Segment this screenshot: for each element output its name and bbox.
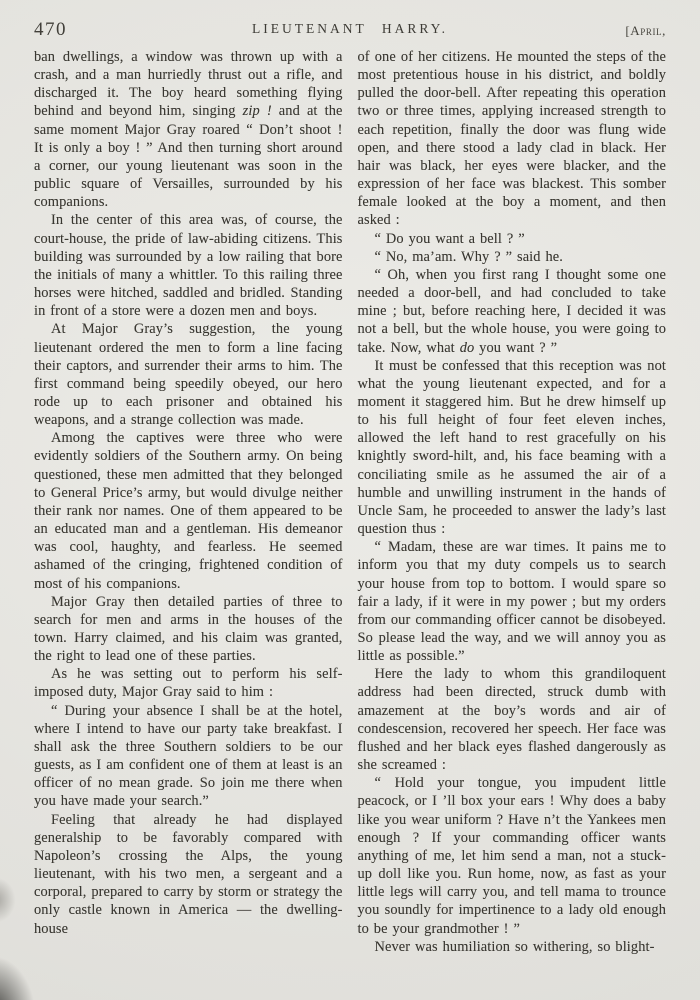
paragraph: of one of her citizens. He mounted the s…	[358, 48, 667, 230]
paragraph-text: you want ? ”	[474, 340, 557, 356]
paragraph-text: and at the same moment Major Gray roared…	[34, 103, 343, 210]
text-columns: ban dwellings, a window was thrown up wi…	[0, 46, 700, 956]
italic-word: do	[460, 340, 475, 356]
paragraph: As he was setting out to perform his sel…	[34, 665, 343, 701]
running-title: LIEUTENANT HARRY.	[0, 21, 700, 37]
magazine-page-scan: 470 LIEUTENANT HARRY. [April, ban dwelli…	[0, 0, 700, 1000]
paragraph: Here the lady to whom this grandiloquent…	[358, 665, 667, 774]
paragraph: Major Gray then detailed parties of thre…	[34, 593, 343, 666]
paragraph: At Major Gray’s suggestion, the young li…	[34, 320, 343, 429]
paragraph: “ Madam, these are war times. It pains m…	[358, 538, 667, 665]
paragraph: Never was humiliation so withering, so b…	[358, 938, 667, 956]
paragraph: It must be confessed that this reception…	[358, 357, 667, 539]
paragraph: Feeling that already he had displayed ge…	[34, 811, 343, 938]
paragraph: “ During your absence I shall be at the …	[34, 702, 343, 811]
paragraph: “ Oh, when you first rang I thought some…	[358, 266, 667, 357]
left-column: ban dwellings, a window was thrown up wi…	[34, 48, 343, 956]
paragraph: ban dwellings, a window was thrown up wi…	[34, 48, 343, 211]
right-column: of one of her citizens. He mounted the s…	[358, 48, 667, 956]
paragraph: In the center of this area was, of cours…	[34, 211, 343, 320]
italic-word: zip !	[243, 103, 272, 119]
paragraph: “ No, ma’am. Why ? ” said he.	[358, 248, 667, 266]
paragraph: “ Do you want a bell ? ”	[358, 230, 667, 248]
paragraph: “ Hold your tongue, you impudent little …	[358, 774, 667, 937]
page-header: 470 LIEUTENANT HARRY. [April,	[0, 0, 700, 46]
paragraph: Among the captives were three who were e…	[34, 429, 343, 592]
